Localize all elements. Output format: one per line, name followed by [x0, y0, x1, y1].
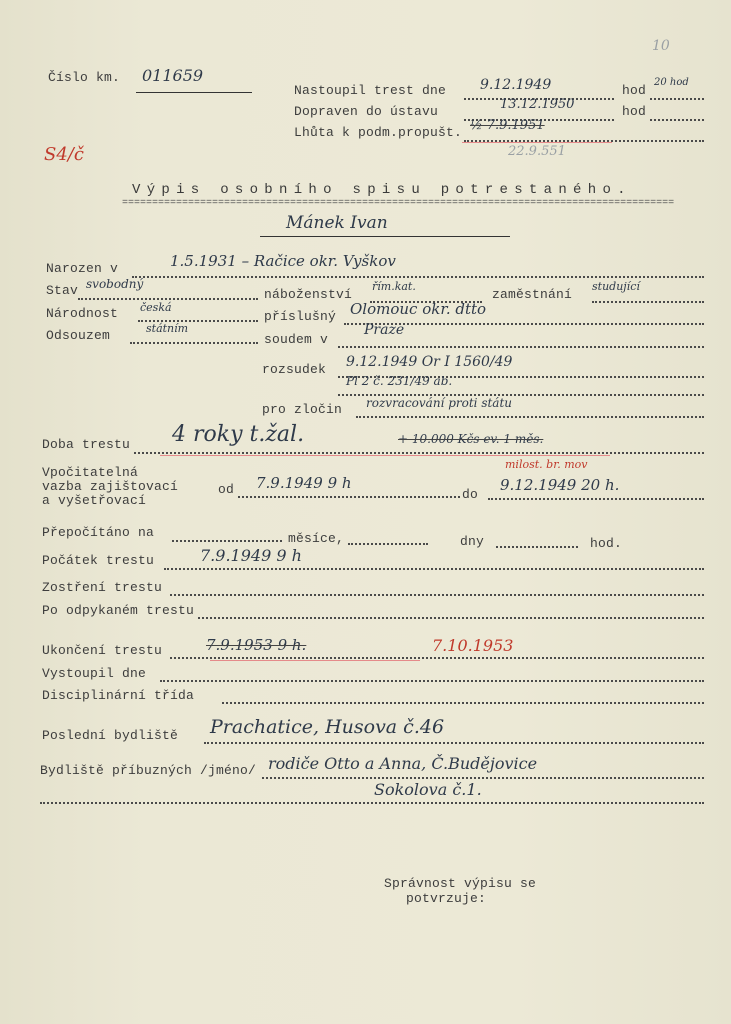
lhuta-value-struck: ½ 7.9.1951 — [470, 118, 545, 133]
document-title: Výpis osobního spisu potrestaného. — [132, 182, 632, 198]
red-underline — [210, 660, 420, 661]
nabozenstvi-value: řím.kat. — [372, 280, 416, 293]
vazba-do-value: 9.12.1949 20 h. — [500, 476, 619, 494]
dotted-line — [132, 276, 704, 278]
ukonceni-value: 7.10.1953 — [432, 636, 513, 655]
vystoupil-label: Vystoupil dne — [42, 666, 146, 681]
zamestnani-label: zaměstnání — [492, 287, 572, 302]
page-number: 10 — [652, 38, 670, 54]
cislo-label: Číslo km. — [48, 70, 120, 85]
rozsudek-value: 9.12.1949 Or I 1560/49 — [346, 354, 512, 370]
pribuznych-value: rodiče Otto a Anna, Č.Budějovice — [268, 754, 537, 773]
soudem-label: soudem v — [264, 332, 328, 347]
soudem-value: Praze — [364, 322, 404, 338]
cislo-value: 011659 — [142, 66, 203, 85]
ukonceni-struck-value: 7.9.1953 9 h. — [206, 636, 306, 654]
dny-label: dny — [460, 534, 484, 549]
bydliste-value: Prachatice, Husova č.46 — [210, 716, 444, 738]
nastoupil-hod-value: 20 hod — [654, 77, 689, 88]
prisoner-name: Mánek Ivan — [286, 213, 388, 233]
red-underline — [462, 142, 612, 143]
dotted-line — [170, 657, 704, 659]
nastoupil-label: Nastoupil trest dne — [294, 83, 446, 98]
dotted-line — [338, 346, 704, 348]
dopraven-hod-label: hod — [622, 104, 646, 119]
doba-red-note: milost. br. mov — [505, 458, 588, 471]
vazba-od-value: 7.9.1949 9 h — [256, 474, 352, 492]
prepocitano-label: Přepočítáno na — [42, 525, 154, 540]
dotted-line — [40, 802, 704, 804]
zamestnani-value: studující — [592, 280, 640, 293]
dotted-line — [488, 498, 704, 500]
vazba-do-label: do — [462, 487, 478, 502]
rozsudek-value-2: Pl 2 č. 231/49 ab. — [346, 374, 452, 388]
dotted-line — [134, 452, 704, 454]
narozen-value: 1.5.1931 – Račice okr. Vyškov — [170, 252, 396, 270]
lhuta-correction: 22.9.551 — [508, 144, 566, 159]
dotted-line — [650, 98, 704, 100]
disciplinarni-label: Disciplinární třída — [42, 688, 194, 703]
footer-line-1: Správnost výpisu se — [384, 876, 536, 891]
ukonceni-label: Ukončení trestu — [42, 643, 162, 658]
odsouzen-label: Odsouzem — [46, 328, 110, 343]
stav-label: Stav — [46, 283, 78, 298]
pribuznych-value-2: Sokolova č.1. — [374, 780, 482, 799]
dotted-line — [172, 540, 282, 542]
narodnost-value: česká — [140, 301, 172, 314]
dotted-line — [130, 342, 258, 344]
mesice-label: měsíce, — [288, 531, 344, 546]
bydliste-label: Poslední bydliště — [42, 728, 178, 743]
prislusny-label: příslušný — [264, 309, 336, 324]
nastoupil-value: 9.12.1949 — [480, 77, 551, 93]
pribuznych-label: Bydliště příbuzných /jméno/ — [40, 763, 256, 778]
pocatek-value: 7.9.1949 9 h — [200, 546, 302, 565]
zlocin-label: pro zločin — [262, 402, 342, 417]
doba-value: 4 roky t.žal. — [172, 422, 304, 447]
narozen-label: Narozen v — [46, 261, 118, 276]
nabozenstvi-label: náboženství — [264, 287, 352, 302]
dotted-line — [650, 119, 704, 121]
lhuta-label: Lhůta k podm.propušt. — [294, 125, 462, 140]
nastoupil-hod-label: hod — [622, 83, 646, 98]
vazba-od-label: od — [218, 482, 234, 497]
dotted-line — [238, 496, 460, 498]
vazba-label-1: Vpočitatelná — [42, 466, 138, 480]
dopraven-label: Dopraven do ústavu — [294, 104, 438, 119]
dotted-line — [170, 594, 704, 596]
red-file-mark: S4/č — [44, 144, 84, 165]
dotted-line — [262, 777, 704, 779]
zlocin-value: rozvracování proti státu — [366, 396, 512, 410]
document-page: 10 Číslo km. 011659 S4/č Nastoupil trest… — [0, 0, 731, 1024]
stav-value: svobodný — [86, 277, 143, 291]
hod-label: hod. — [590, 536, 622, 551]
vazba-label-2: vazba zajištovací — [42, 480, 178, 494]
doba-struck-fine: + 10.000 Kčs ev. 1 měs. — [398, 432, 543, 446]
dotted-line — [198, 617, 704, 619]
title-double-underline: ========================================… — [122, 198, 698, 209]
dotted-line — [496, 546, 578, 548]
pocatek-label: Počátek trestu — [42, 553, 154, 568]
zostreni-label: Zostření trestu — [42, 580, 162, 595]
dotted-line — [160, 680, 704, 682]
dotted-line — [164, 568, 704, 570]
dopraven-value: 13.12.1950 — [500, 97, 574, 112]
dotted-line — [592, 301, 704, 303]
red-underline — [160, 455, 610, 456]
dotted-line — [78, 298, 258, 300]
rozsudek-label: rozsudek — [262, 362, 326, 377]
dotted-line — [222, 702, 704, 704]
dotted-line — [348, 543, 428, 545]
narodnost-label: Národnost — [46, 306, 118, 321]
odsouzen-value: státním — [146, 322, 188, 335]
dotted-line — [356, 416, 704, 418]
dotted-line — [204, 742, 704, 744]
doba-label: Doba trestu — [42, 437, 130, 452]
name-underline — [260, 236, 510, 237]
footer-line-2: potvrzuje: — [406, 891, 486, 906]
prislusny-value: Olomouc okr. dtto — [350, 300, 486, 318]
cislo-underline — [136, 92, 252, 93]
po-odpykanem-label: Po odpykaném trestu — [42, 603, 194, 618]
vazba-label-3: a vyšetřovací — [42, 494, 146, 508]
